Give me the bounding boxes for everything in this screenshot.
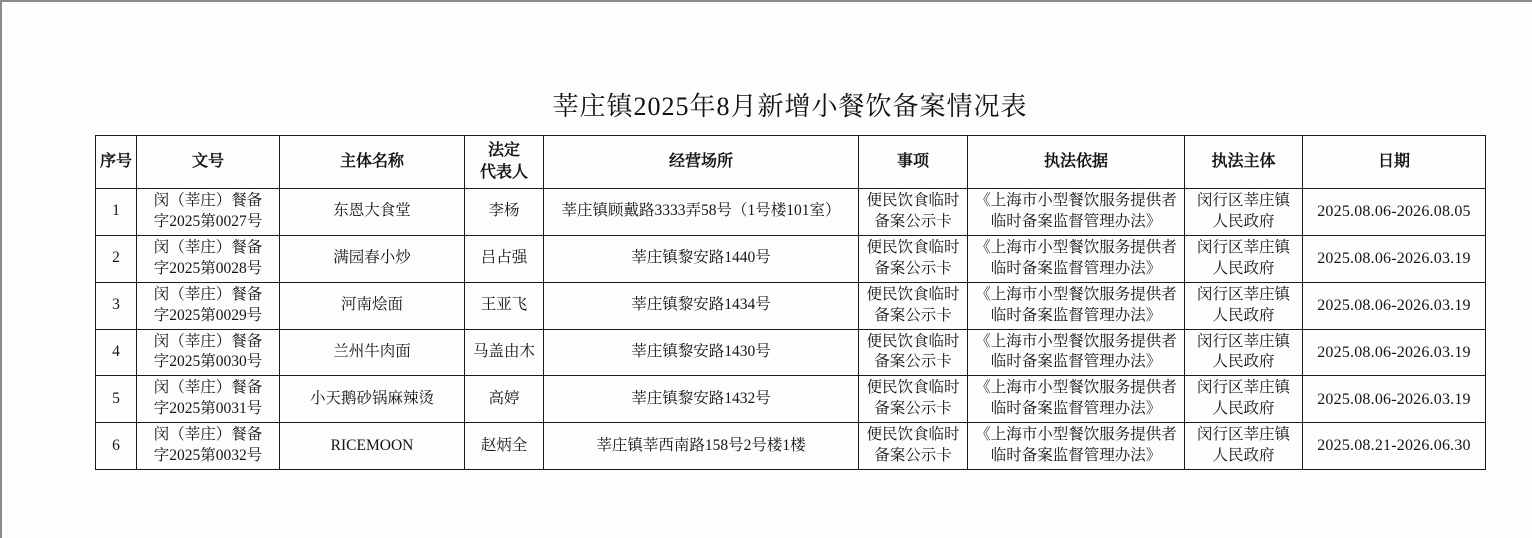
cell-legal-basis: 《上海市小型餐饮服务提供者 临时备案监督管理办法》 [968, 235, 1185, 282]
cell-enforcer: 闵行区莘庄镇 人民政府 [1185, 189, 1303, 236]
cell-entity-name: 东恩大食堂 [280, 189, 465, 236]
cell-doc-number: 闵（莘庄）餐备 字2025第0031号 [137, 376, 280, 423]
cell-premises: 莘庄镇莘西南路158号2号楼1楼 [544, 423, 859, 470]
cell-legal-basis: 《上海市小型餐饮服务提供者 临时备案监督管理办法》 [968, 189, 1185, 236]
table-row: 4 闵（莘庄）餐备 字2025第0030号 兰州牛肉面 马盖由木 莘庄镇黎安路1… [96, 329, 1486, 376]
cell-legal-basis: 《上海市小型餐饮服务提供者 临时备案监督管理办法》 [968, 282, 1185, 329]
table-header-row: 序号 文号 主体名称 法定 代表人 经营场所 事项 执法依据 执法主体 日期 [96, 136, 1486, 189]
column-header-index: 序号 [96, 136, 137, 189]
cell-index: 6 [96, 423, 137, 470]
cell-premises: 莘庄镇黎安路1432号 [544, 376, 859, 423]
cell-index: 5 [96, 376, 137, 423]
cell-doc-number: 闵（莘庄）餐备 字2025第0029号 [137, 282, 280, 329]
cell-enforcer: 闵行区莘庄镇 人民政府 [1185, 329, 1303, 376]
cell-matter: 便民饮食临时 备案公示卡 [859, 329, 968, 376]
document-title: 莘庄镇2025年8月新增小餐饮备案情况表 [95, 86, 1485, 123]
cell-doc-number: 闵（莘庄）餐备 字2025第0032号 [137, 423, 280, 470]
cell-date: 2025.08.21-2026.06.30 [1303, 423, 1486, 470]
scanned-document-page: 莘庄镇2025年8月新增小餐饮备案情况表 序号 文号 主体名称 法定 代表人 经… [0, 0, 1532, 538]
cell-matter: 便民饮食临时 备案公示卡 [859, 423, 968, 470]
table-row: 5 闵（莘庄）餐备 字2025第0031号 小天鹅砂锅麻辣烫 高婷 莘庄镇黎安路… [96, 376, 1486, 423]
cell-doc-number: 闵（莘庄）餐备 字2025第0027号 [137, 189, 280, 236]
cell-enforcer: 闵行区莘庄镇 人民政府 [1185, 423, 1303, 470]
cell-legal-rep: 李杨 [465, 189, 544, 236]
table-header: 序号 文号 主体名称 法定 代表人 经营场所 事项 执法依据 执法主体 日期 [96, 136, 1486, 189]
cell-enforcer: 闵行区莘庄镇 人民政府 [1185, 282, 1303, 329]
cell-entity-name: 满园春小炒 [280, 235, 465, 282]
cell-premises: 莘庄镇顾戴路3333弄58号（1号楼101室） [544, 189, 859, 236]
cell-date: 2025.08.06-2026.03.19 [1303, 235, 1486, 282]
cell-legal-rep: 吕占强 [465, 235, 544, 282]
cell-legal-basis: 《上海市小型餐饮服务提供者 临时备案监督管理办法》 [968, 329, 1185, 376]
filing-record-table: 序号 文号 主体名称 法定 代表人 经营场所 事项 执法依据 执法主体 日期 1… [95, 135, 1486, 470]
cell-date: 2025.08.06-2026.03.19 [1303, 329, 1486, 376]
cell-legal-rep: 王亚飞 [465, 282, 544, 329]
cell-entity-name: 小天鹅砂锅麻辣烫 [280, 376, 465, 423]
column-header-matter: 事项 [859, 136, 968, 189]
cell-doc-number: 闵（莘庄）餐备 字2025第0030号 [137, 329, 280, 376]
cell-legal-rep: 高婷 [465, 376, 544, 423]
cell-legal-rep: 马盖由木 [465, 329, 544, 376]
cell-legal-basis: 《上海市小型餐饮服务提供者 临时备案监督管理办法》 [968, 423, 1185, 470]
cell-enforcer: 闵行区莘庄镇 人民政府 [1185, 235, 1303, 282]
cell-entity-name: RICEMOON [280, 423, 465, 470]
column-header-enforcer: 执法主体 [1185, 136, 1303, 189]
table-row: 3 闵（莘庄）餐备 字2025第0029号 河南烩面 王亚飞 莘庄镇黎安路143… [96, 282, 1486, 329]
column-header-premises: 经营场所 [544, 136, 859, 189]
cell-matter: 便民饮食临时 备案公示卡 [859, 376, 968, 423]
table-body: 1 闵（莘庄）餐备 字2025第0027号 东恩大食堂 李杨 莘庄镇顾戴路333… [96, 189, 1486, 470]
cell-legal-basis: 《上海市小型餐饮服务提供者 临时备案监督管理办法》 [968, 376, 1185, 423]
cell-enforcer: 闵行区莘庄镇 人民政府 [1185, 376, 1303, 423]
cell-date: 2025.08.06-2026.08.05 [1303, 189, 1486, 236]
cell-matter: 便民饮食临时 备案公示卡 [859, 189, 968, 236]
cell-index: 1 [96, 189, 137, 236]
cell-premises: 莘庄镇黎安路1430号 [544, 329, 859, 376]
cell-date: 2025.08.06-2026.03.19 [1303, 282, 1486, 329]
cell-premises: 莘庄镇黎安路1440号 [544, 235, 859, 282]
cell-index: 4 [96, 329, 137, 376]
cell-matter: 便民饮食临时 备案公示卡 [859, 235, 968, 282]
cell-premises: 莘庄镇黎安路1434号 [544, 282, 859, 329]
cell-date: 2025.08.06-2026.03.19 [1303, 376, 1486, 423]
cell-matter: 便民饮食临时 备案公示卡 [859, 282, 968, 329]
column-header-legal-rep: 法定 代表人 [465, 136, 544, 189]
table-row: 6 闵（莘庄）餐备 字2025第0032号 RICEMOON 赵炳全 莘庄镇莘西… [96, 423, 1486, 470]
cell-entity-name: 兰州牛肉面 [280, 329, 465, 376]
table-row: 2 闵（莘庄）餐备 字2025第0028号 满园春小炒 吕占强 莘庄镇黎安路14… [96, 235, 1486, 282]
cell-legal-rep: 赵炳全 [465, 423, 544, 470]
table-row: 1 闵（莘庄）餐备 字2025第0027号 东恩大食堂 李杨 莘庄镇顾戴路333… [96, 189, 1486, 236]
cell-entity-name: 河南烩面 [280, 282, 465, 329]
cell-doc-number: 闵（莘庄）餐备 字2025第0028号 [137, 235, 280, 282]
cell-index: 2 [96, 235, 137, 282]
column-header-doc-number: 文号 [137, 136, 280, 189]
column-header-date: 日期 [1303, 136, 1486, 189]
column-header-legal-basis: 执法依据 [968, 136, 1185, 189]
column-header-entity-name: 主体名称 [280, 136, 465, 189]
cell-index: 3 [96, 282, 137, 329]
